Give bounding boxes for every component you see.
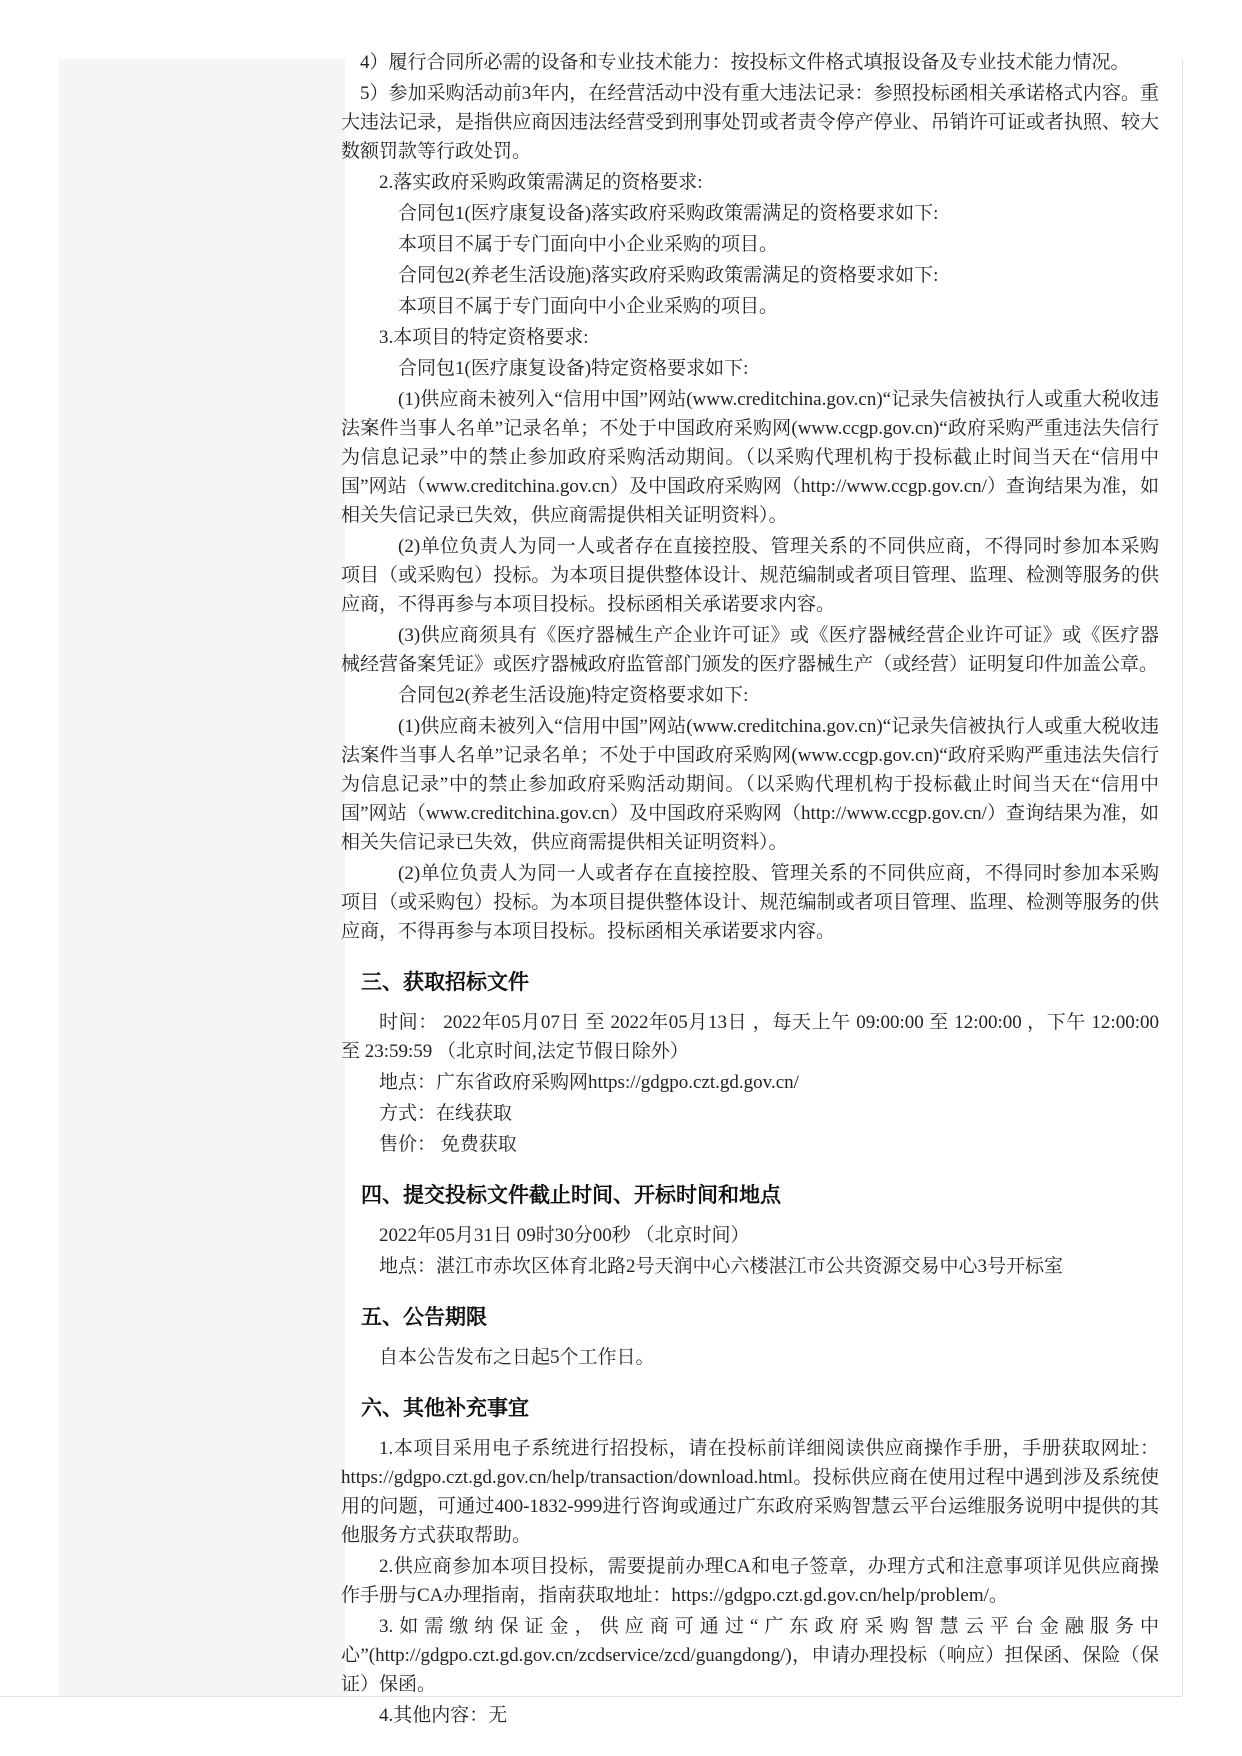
- paragraph: (2)单位负责人为同一人或者存在直接控股、管理关系的不同供应商，不得同时参加本采…: [341, 532, 1159, 619]
- section-heading: 六、其他补充事宜: [341, 1394, 1159, 1424]
- paragraph: 2.供应商参加本项目投标，需要提前办理CA和电子签章，办理方式和注意事项详见供应…: [341, 1552, 1159, 1610]
- paragraph: (1)供应商未被列入“信用中国”网站(www.creditchina.gov.c…: [341, 385, 1159, 530]
- paragraph: 2022年05月31日 09时30分00秒 （北京时间）: [341, 1221, 1159, 1250]
- paragraph: 时间： 2022年05月07日 至 2022年05月13日 ，每天上午 09:0…: [341, 1008, 1159, 1066]
- paragraph: (1)供应商未被列入“信用中国”网站(www.creditchina.gov.c…: [341, 712, 1159, 857]
- paragraph: 本项目不属于专门面向中小企业采购的项目。: [341, 292, 1159, 321]
- section-heading: 三、获取招标文件: [341, 968, 1159, 998]
- paragraph: 3.本项目的特定资格要求:: [341, 323, 1159, 352]
- announcement-body: 4）履行合同所必需的设备和专业技术能力：按投标文件格式填报设备及专业技术能力情况…: [341, 46, 1159, 1732]
- paragraph: 4.其他内容：无: [341, 1701, 1159, 1730]
- paragraph: 合同包1(医疗康复设备)落实政府采购政策需满足的资格要求如下:: [341, 199, 1159, 228]
- paragraph: 本项目不属于专门面向中小企业采购的项目。: [341, 230, 1159, 259]
- page-right-edge: [1182, 59, 1183, 1696]
- paragraph: 4）履行合同所必需的设备和专业技术能力：按投标文件格式填报设备及专业技术能力情况…: [341, 48, 1159, 77]
- paragraph: 方式：在线获取: [341, 1099, 1159, 1128]
- paragraph: 合同包2(养老生活设施)特定资格要求如下:: [341, 681, 1159, 710]
- document-page: 4）履行合同所必需的设备和专业技术能力：按投标文件格式填报设备及专业技术能力情况…: [0, 0, 1242, 1756]
- paragraph: 1.本项目采用电子系统进行招投标，请在投标前详细阅读供应商操作手册，手册获取网址…: [341, 1434, 1159, 1550]
- paragraph: 5）参加采购活动前3年内，在经营活动中没有重大违法记录：参照投标函相关承诺格式内…: [341, 79, 1159, 166]
- paragraph: 自本公告发布之日起5个工作日。: [341, 1343, 1159, 1372]
- paragraph: 地点：湛江市赤坎区体育北路2号天润中心六楼湛江市公共资源交易中心3号开标室: [341, 1252, 1159, 1281]
- paragraph: (3)供应商须具有《医疗器械生产企业许可证》或《医疗器械经营企业许可证》或《医疗…: [341, 621, 1159, 679]
- paragraph: 2.落实政府采购政策需满足的资格要求:: [341, 168, 1159, 197]
- section-heading: 五、公告期限: [341, 1303, 1159, 1333]
- paragraph: 售价： 免费获取: [341, 1130, 1159, 1159]
- paragraph: 合同包2(养老生活设施)落实政府采购政策需满足的资格要求如下:: [341, 261, 1159, 290]
- paragraph: (2)单位负责人为同一人或者存在直接控股、管理关系的不同供应商，不得同时参加本采…: [341, 859, 1159, 946]
- section-heading: 四、提交投标文件截止时间、开标时间和地点: [341, 1181, 1159, 1211]
- paragraph: 3.如需缴纳保证金，供应商可通过“广东政府采购智慧云平台金融服务中心”(http…: [341, 1612, 1159, 1699]
- left-placeholder-block: [59, 59, 345, 1696]
- paragraph: 地点：广东省政府采购网https://gdgpo.czt.gd.gov.cn/: [341, 1068, 1159, 1097]
- paragraph: 合同包1(医疗康复设备)特定资格要求如下:: [341, 354, 1159, 383]
